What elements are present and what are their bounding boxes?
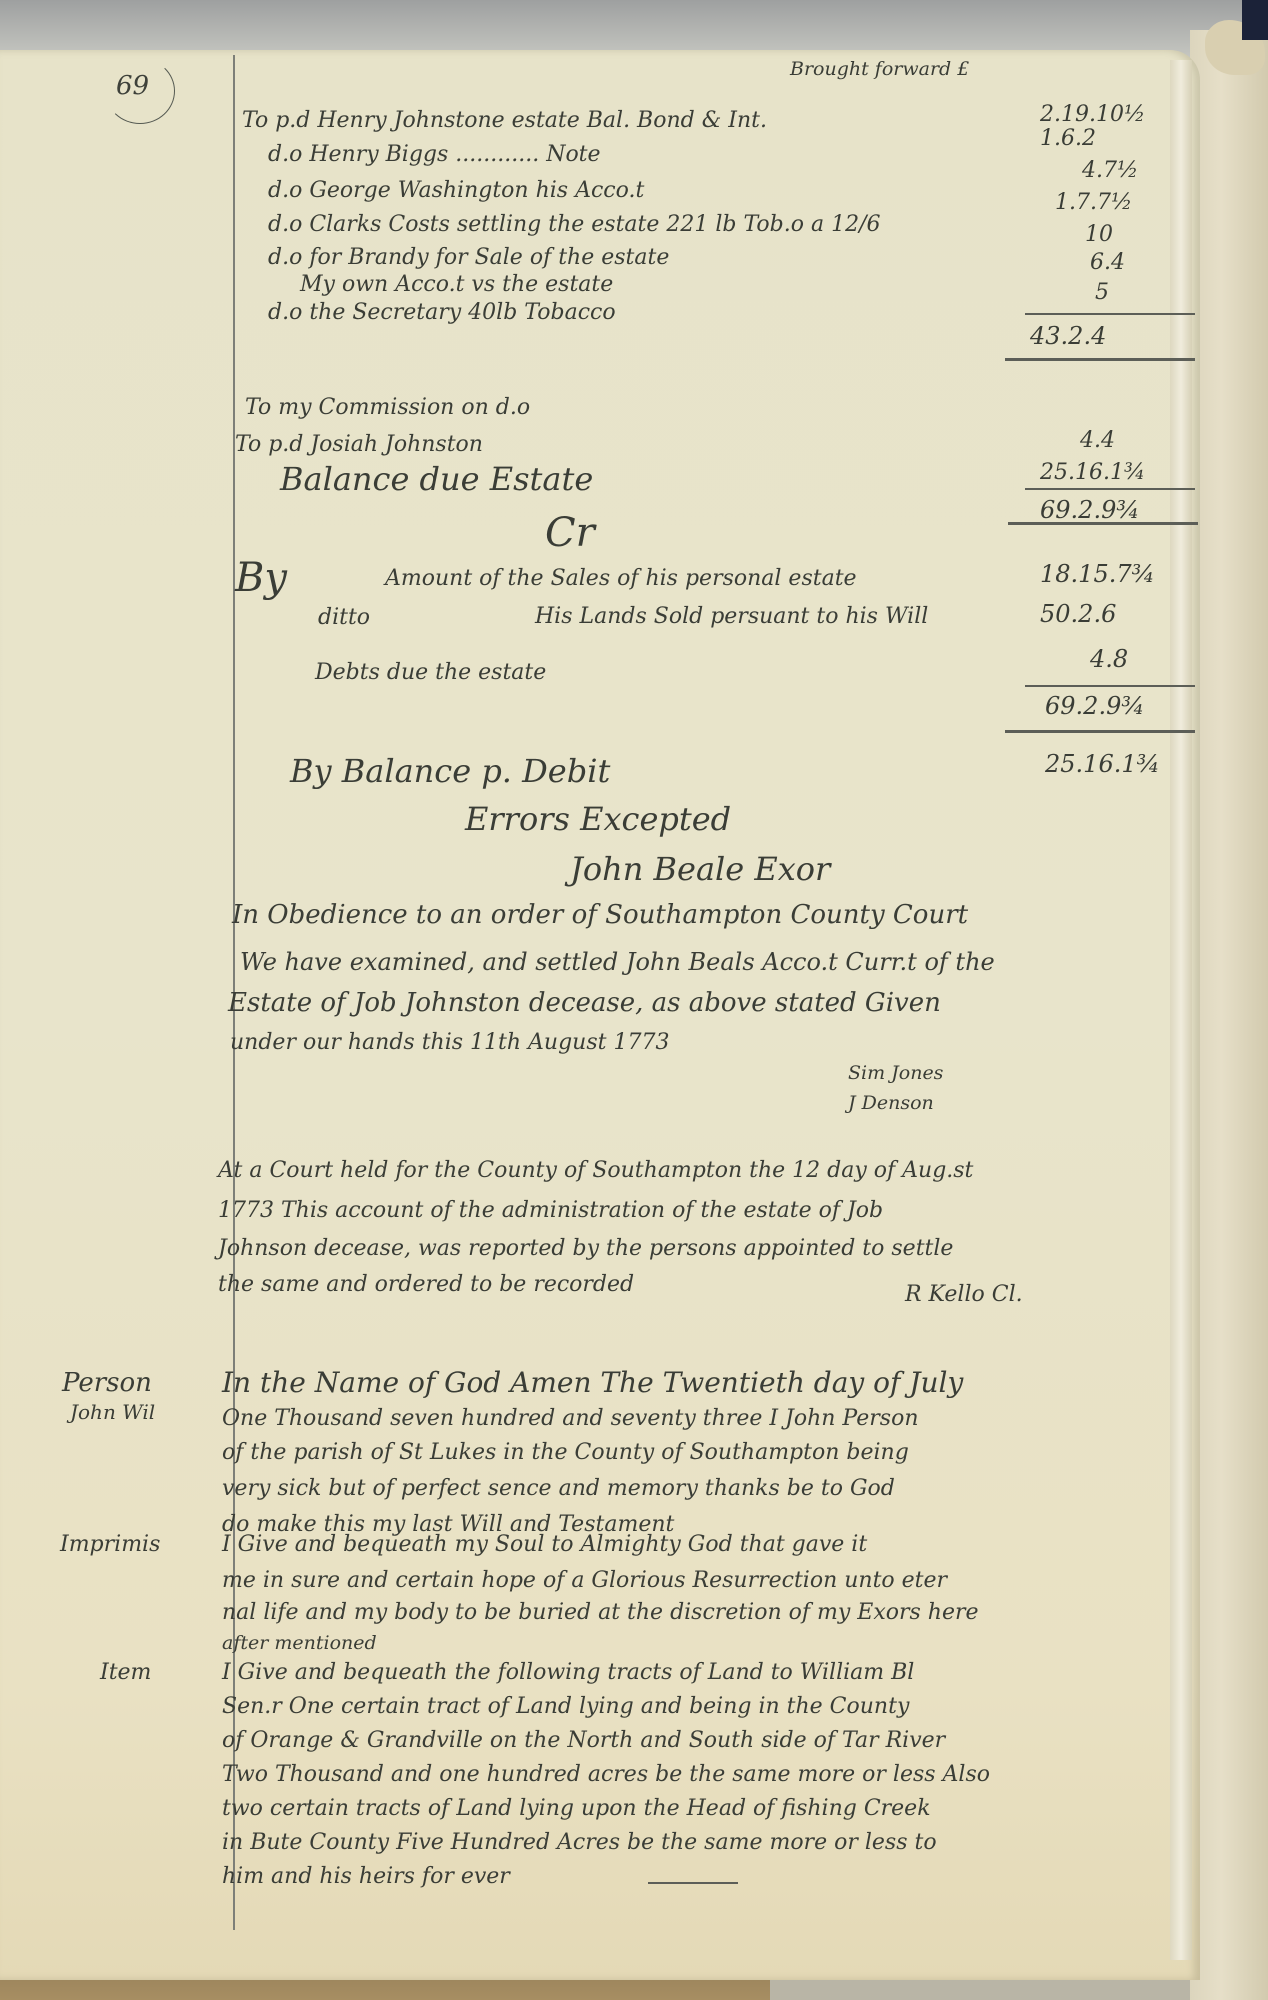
commission-entry-text: To p.d Josiah Johnston xyxy=(235,432,483,457)
commission-entry-text: To my Commission on d.o xyxy=(245,395,530,420)
fabric-corner xyxy=(1242,0,1268,40)
court-record-line: At a Court held for the County of Southa… xyxy=(218,1158,973,1183)
clerk-signature: R Kello Cl. xyxy=(905,1282,1023,1307)
item-line: I Give and bequeath the following tracts… xyxy=(222,1660,914,1685)
executor-signature: John Beale Exor xyxy=(570,850,830,888)
balance-line-amount: 25.16.1¾ xyxy=(1045,750,1160,778)
debit-entry-amount: 10 xyxy=(1085,222,1113,247)
item-line: Sen.r One certain tract of Land lying an… xyxy=(222,1694,909,1719)
credit-total-underline xyxy=(1005,730,1195,733)
closing-flourish xyxy=(648,1882,738,1884)
errors-excepted: Errors Excepted xyxy=(465,800,731,838)
imprimis-line: after mentioned xyxy=(222,1632,377,1654)
credit-total: 69.2.9¾ xyxy=(1045,692,1145,720)
will-margin-title: Person xyxy=(62,1368,152,1398)
credit-prefix: ditto xyxy=(318,605,370,630)
debit-entry-text: d.o George Washington his Acco.t xyxy=(268,178,644,203)
debit-total: 69.2.9¾ xyxy=(1040,496,1140,524)
debit-entry-amount: 1.6.2 xyxy=(1040,126,1096,151)
debit-entry-text: My own Acco.t vs the estate xyxy=(300,272,613,297)
item-line: him and his heirs for ever xyxy=(222,1864,510,1889)
folio-number: 69 xyxy=(105,58,175,124)
credit-entry-amount: 18.15.7¾ xyxy=(1040,560,1155,588)
imprimis-line: nal life and my body to be buried at the… xyxy=(222,1600,979,1625)
commission-entry-text: Balance due Estate xyxy=(280,460,593,498)
audit-line: under our hands this 11th August 1773 xyxy=(230,1030,669,1055)
brought-forward-label: Brought forward £ xyxy=(790,58,969,80)
balance-line-text: By Balance p. Debit xyxy=(290,752,610,790)
debit-entry-text: d.o Henry Biggs ............ Note xyxy=(268,142,601,167)
subtotal-rule xyxy=(1025,313,1195,315)
credit-entry-text: His Lands Sold persuant to his Will xyxy=(535,600,995,634)
total-rule xyxy=(1025,488,1195,490)
court-record-line: the same and ordered to be recorded xyxy=(218,1272,634,1297)
audit-signature: Sim Jones xyxy=(848,1062,943,1084)
item-label: Item xyxy=(100,1660,151,1685)
court-record-line: 1773 This account of the administration … xyxy=(218,1198,883,1223)
debit-subtotal: 43.2.4 xyxy=(1030,322,1106,350)
will-margin-subtitle: John Wil xyxy=(70,1400,155,1424)
credit-prefix: By xyxy=(235,555,287,601)
will-line: very sick but of perfect sence and memor… xyxy=(222,1476,895,1501)
item-line: of Orange & Grandville on the North and … xyxy=(222,1728,945,1753)
will-line: One Thousand seven hundred and seventy t… xyxy=(222,1406,919,1431)
book-spine xyxy=(1190,30,1268,2000)
page-edge xyxy=(1170,60,1192,1960)
will-line: In the Name of God Amen The Twentieth da… xyxy=(222,1366,963,1399)
total-underline xyxy=(1008,522,1198,525)
audit-signature: J Denson xyxy=(848,1092,934,1114)
audit-line: In Obedience to an order of Southampton … xyxy=(232,900,968,930)
credit-heading: Cr xyxy=(545,510,595,556)
debit-entry-amount: 1.7.7½ xyxy=(1055,190,1132,215)
audit-line: We have examined, and settled John Beals… xyxy=(240,948,995,976)
debit-entry-amount: 6.4 xyxy=(1090,250,1125,275)
debit-entry-amount: 4.7½ xyxy=(1082,158,1138,183)
subtotal-underline xyxy=(1005,358,1195,361)
debit-entry-amount: 5 xyxy=(1095,280,1109,305)
debit-entry-text: To p.d Henry Johnstone estate Bal. Bond … xyxy=(242,108,767,133)
credit-entry-text: Debts due the estate xyxy=(315,660,546,685)
debit-entry-text: d.o the Secretary 40lb Tobacco xyxy=(268,300,616,325)
debit-entry-text: d.o for Brandy for Sale of the estate xyxy=(268,245,669,270)
credit-entry-amount: 4.8 xyxy=(1090,645,1128,673)
imprimis-label: Imprimis xyxy=(60,1532,160,1557)
item-line: Two Thousand and one hundred acres be th… xyxy=(222,1762,990,1787)
folio-number-text: 69 xyxy=(116,71,149,101)
credit-total-rule xyxy=(1025,685,1195,687)
will-line: of the parish of St Lukes in the County … xyxy=(222,1440,909,1465)
imprimis-line: me in sure and certain hope of a Gloriou… xyxy=(222,1568,947,1593)
debit-entry-amount: 2.19.10½ xyxy=(1040,102,1145,127)
credit-entry-amount: 50.2.6 xyxy=(1040,600,1116,628)
commission-entry-amount: 25.16.1¾ xyxy=(1040,460,1145,485)
item-line: in Bute County Five Hundred Acres be the… xyxy=(222,1830,937,1855)
audit-line: Estate of Job Johnston decease, as above… xyxy=(228,988,941,1018)
debit-entry-text: d.o Clarks Costs settling the estate 221… xyxy=(268,212,881,237)
imprimis-line: I Give and bequeath my Soul to Almighty … xyxy=(222,1532,867,1557)
commission-entry-amount: 4.4 xyxy=(1080,428,1115,453)
item-line: two certain tracts of Land lying upon th… xyxy=(222,1796,931,1821)
court-record-line: Johnson decease, was reported by the per… xyxy=(218,1236,953,1261)
credit-entry-text: Amount of the Sales of his personal esta… xyxy=(385,566,857,591)
